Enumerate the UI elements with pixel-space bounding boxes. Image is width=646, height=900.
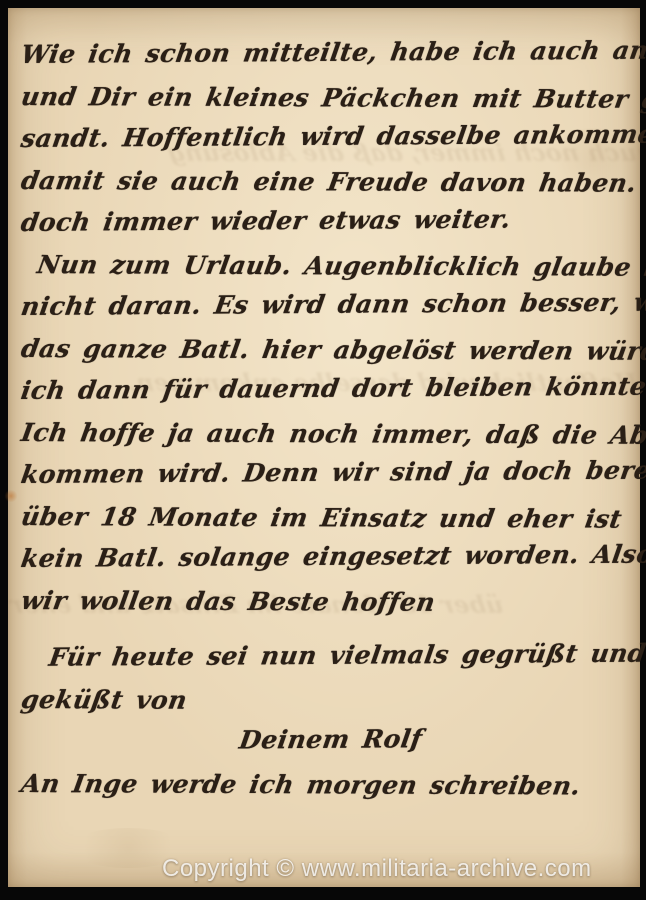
signature-line: Deinem Rolf [18, 717, 641, 763]
handwritten-line: sandt. Hoffentlich wird dasselbe ankomme… [18, 114, 641, 160]
handwritten-line: ich dann für dauernd dort bleiben könnte… [18, 366, 641, 412]
handwritten-line: kommen wird. Denn wir sind ja doch berei… [18, 450, 641, 496]
handwritten-line: kein Batl. solange eingesetzt worden. Al… [18, 534, 641, 580]
handwritten-line: wir wollen das Beste hoffen [18, 580, 640, 625]
handwriting-block: Wie ich schon mitteilte, habe ich auch a… [18, 34, 634, 805]
scanned-letter-photo: { "letter": { "lines": [ "Wie ich schon … [0, 0, 646, 900]
handwritten-line: doch immer wieder etwas weiter. [18, 198, 641, 244]
postscript-line: An Inge werde ich morgen schreiben. [18, 763, 640, 808]
copyright-watermark: Copyright © www.militaria-archive.com [162, 855, 592, 883]
handwritten-line: Wie ich schon mitteilte, habe ich auch a… [18, 30, 641, 76]
handwritten-line: nicht daran. Es wird dann schon besser, … [18, 282, 641, 328]
letter-page: Ich hoffe ja auch noch immer, daß die Ab… [8, 8, 640, 887]
handwritten-line: Für heute sei nun vielmals gegrüßt und [18, 633, 641, 679]
